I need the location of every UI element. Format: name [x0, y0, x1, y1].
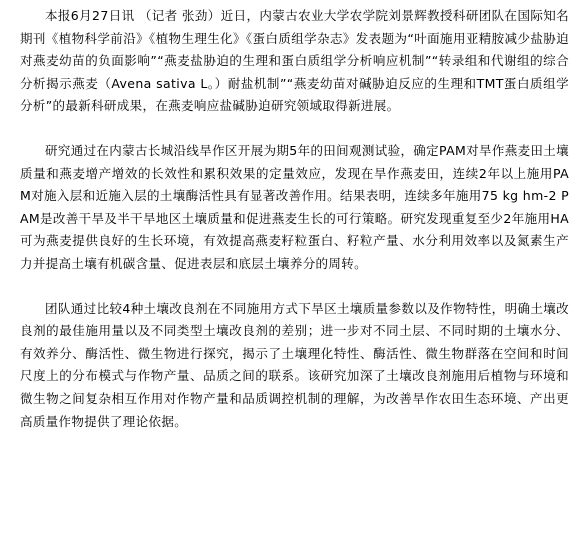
- article-paragraph-3: 团队通过比较4种土壤改良剂在不同施用方式下旱区土壤质量参数以及作物特性，明确土壤…: [20, 298, 569, 434]
- news-article: 本报6月27日讯 （记者 张劲）近日，内蒙古农业大学农学院刘景辉教授科研团队在国…: [20, 5, 569, 455]
- article-paragraph-1: 本报6月27日讯 （记者 张劲）近日，内蒙古农业大学农学院刘景辉教授科研团队在国…: [20, 5, 569, 118]
- article-paragraph-2: 研究通过在内蒙古长城沿线旱作区开展为期5年的田间观测试验，确定PAM对旱作燕麦田…: [20, 140, 569, 276]
